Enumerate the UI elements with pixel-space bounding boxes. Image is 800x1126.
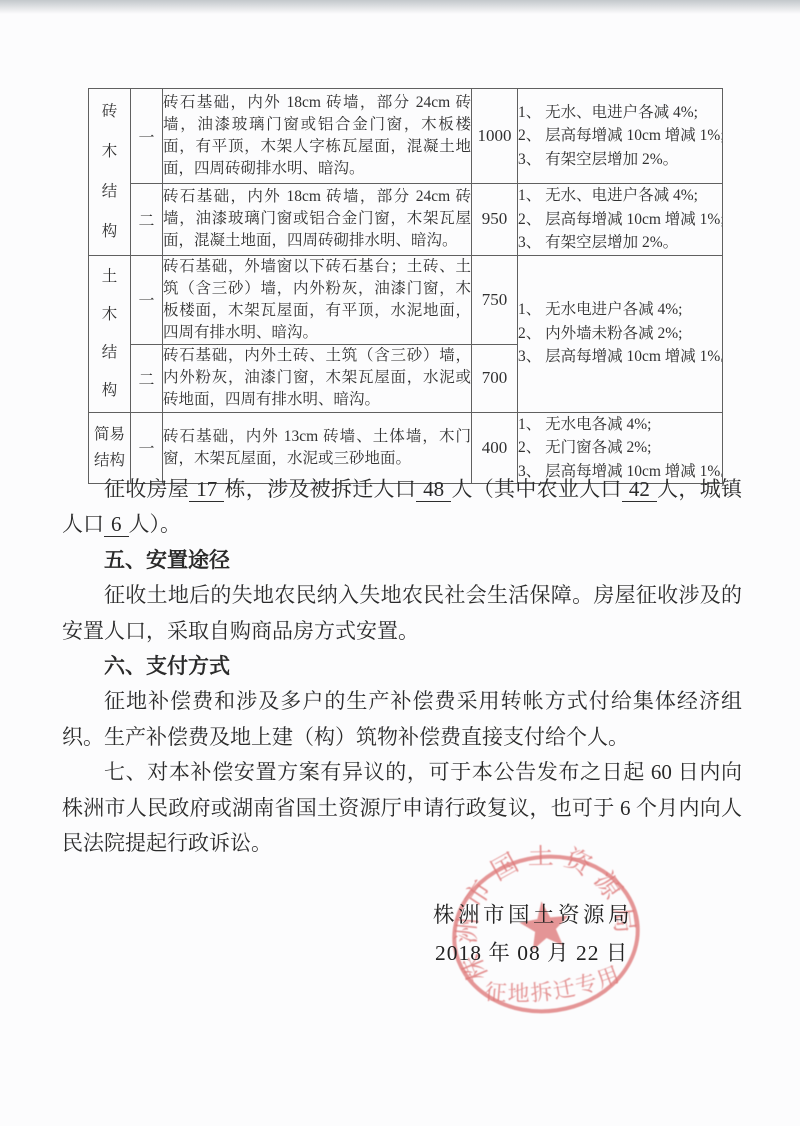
notes-cell-merged: 1、 无水电进户各减 4%; 2、 内外墙未粉各减 2%; 3、 层高每增减 1… xyxy=(518,255,723,412)
grade-cell: 一 xyxy=(131,255,163,344)
value-cell: 700 xyxy=(472,344,518,412)
table-row: 土木结构 一 砖石基础，外墙窗以下砖石基台；土砖、土筑（含三砂）墙，内外粉灰，油… xyxy=(89,255,723,344)
filled-blank-population: 48 xyxy=(416,477,451,502)
note-line: 2、 层高每增减 10cm 增减 1%; xyxy=(518,124,722,148)
category-label: 砖木结构 xyxy=(101,92,119,252)
note-line: 3、 有架空层增加 2%。 xyxy=(518,231,722,255)
value-cell: 750 xyxy=(472,255,518,344)
description-cell: 砖石基础，内外 18cm 砖墙，部分 24cm 砖墙，油漆玻璃门窗或铝合金门窗，… xyxy=(163,184,472,256)
note-line: 2、 内外墙未粉各减 2%; xyxy=(518,322,722,346)
grade-cell: 一 xyxy=(131,89,163,184)
notes-cell: 1、 无水、电进户各减 4%; 2、 层高每增减 10cm 增减 1%; 3、 … xyxy=(518,89,723,184)
note-line: 2、 无门窗各减 2%; xyxy=(518,436,722,460)
document-body: 征收房屋17栋，涉及被拆迁人口48人（其中农业人口42人，城镇人口6人）。 五、… xyxy=(62,472,742,861)
value-cell: 1000 xyxy=(472,89,518,184)
text-run: 栋，涉及被拆迁人口 xyxy=(224,477,416,501)
signature-org: 株洲市国土资源局 xyxy=(433,898,633,929)
grade-cell: 二 xyxy=(131,184,163,256)
text-run: 征收房屋 xyxy=(104,477,189,501)
scan-edge-shadow xyxy=(0,0,800,14)
grade-cell: 二 xyxy=(131,344,163,412)
table-row: 二 砖石基础，内外 18cm 砖墙，部分 24cm 砖墙，油漆玻璃门窗或铝合金门… xyxy=(89,184,723,256)
filled-blank-urban: 6 xyxy=(104,512,129,537)
table-row: 砖木结构 一 砖石基础，内外 18cm 砖墙，部分 24cm 砖墙，油漆玻璃门窗… xyxy=(89,89,723,184)
category-label: 土木结构 xyxy=(101,258,119,410)
note-line: 3、 层高每增减 10cm 增减 1%。 xyxy=(518,345,722,369)
paragraph-housing-stats: 征收房屋17栋，涉及被拆迁人口48人（其中农业人口42人，城镇人口6人）。 xyxy=(62,472,742,543)
official-seal: 株洲市国土资源局 征地拆迁专用章 xyxy=(440,845,650,1025)
text-run: 人）。 xyxy=(129,512,182,536)
category-label: 简易结构 xyxy=(91,422,127,474)
paragraph-payment: 征地补偿费和涉及多户的生产补偿费采用转帐方式付给集体经济组织。生产补偿费及地上建… xyxy=(62,684,742,755)
note-line: 1、 无水电各减 4%; xyxy=(518,413,722,437)
value-cell: 950 xyxy=(472,184,518,256)
description-cell: 砖石基础，内外 18cm 砖墙，部分 24cm 砖墙，油漆玻璃门窗或铝合金门窗，… xyxy=(163,89,472,184)
description-cell: 砖石基础，内外土砖、土筑（含三砂）墙，内外粉灰，油漆门窗，木架瓦屋面，水泥或砖地… xyxy=(163,344,472,412)
heading-section-6: 六、支付方式 xyxy=(62,649,742,684)
description-cell: 砖石基础，外墙窗以下砖石基台；土砖、土筑（含三砂）墙，内外粉灰，油漆门窗，木板楼… xyxy=(163,255,472,344)
heading-section-5: 五、安置途径 xyxy=(62,543,742,578)
notes-cell: 1、 无水、电进户各减 4%; 2、 层高每增减 10cm 增减 1%; 3、 … xyxy=(518,184,723,256)
note-line: 2、 层高每增减 10cm 增减 1%; xyxy=(518,208,722,232)
note-line: 1、 无水、电进户各减 4%; xyxy=(518,184,722,208)
paragraph-resettlement: 征收土地后的失地农民纳入失地农民社会生活保障。房屋征收涉及的安置人口，采取自购商… xyxy=(62,578,742,649)
signature-date: 2018 年 08 月 22 日 xyxy=(435,936,628,967)
filled-blank-houses: 17 xyxy=(189,477,224,502)
category-cell-brick-wood: 砖木结构 xyxy=(89,89,131,256)
note-line: 3、 有架空层增加 2%。 xyxy=(518,148,722,172)
filled-blank-agricultural: 42 xyxy=(622,477,657,502)
compensation-table: 砖木结构 一 砖石基础，内外 18cm 砖墙，部分 24cm 砖墙，油漆玻璃门窗… xyxy=(88,88,723,484)
note-line: 1、 无水、电进户各减 4%; xyxy=(518,101,722,125)
text-run: 人（其中农业人口 xyxy=(451,477,622,501)
note-line: 1、 无水电进户各减 4%; xyxy=(518,298,722,322)
category-cell-earth-wood: 土木结构 xyxy=(89,255,131,412)
